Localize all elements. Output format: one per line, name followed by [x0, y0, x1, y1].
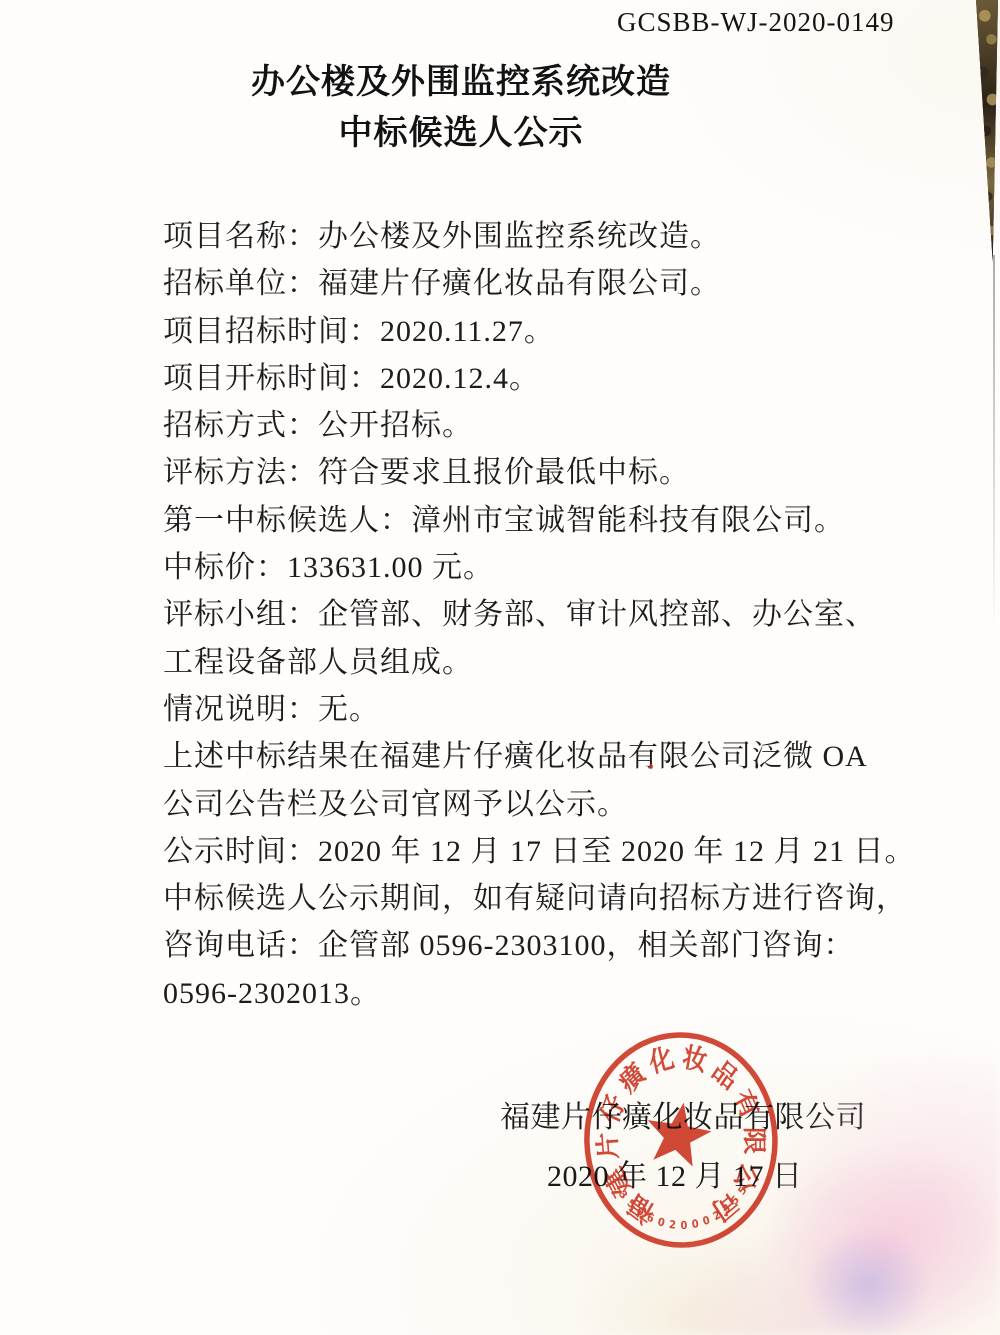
body-line-situation-note: 情况说明：无。: [163, 686, 903, 733]
body-line-publish-channel-1: 上述中标结果在福建片仔癀化妆品有限公司泛微 OA: [163, 733, 903, 780]
svg-text:妆: 妆: [680, 1041, 709, 1078]
scan-edge-line: [993, 255, 995, 630]
title-line-1: 办公楼及外围监控系统改造: [0, 57, 922, 108]
body-line-tender-date: 项目招标时间：2020.11.27。: [163, 308, 903, 355]
svg-text:限: 限: [740, 1127, 767, 1155]
body-line-project-name: 项目名称：办公楼及外围监控系统改造。: [163, 213, 903, 260]
body-line-bid-price: 中标价：133631.00 元。: [163, 544, 903, 591]
body-line-tender-unit: 招标单位：福建片仔癀化妆品有限公司。: [163, 260, 903, 307]
company-seal-stamp: 福建片仔癀化妆品有限公司 3506020002355: [577, 1027, 785, 1258]
svg-text:0: 0: [691, 1217, 700, 1231]
body-line-evaluation-team-2: 工程设备部人员组成。: [163, 639, 903, 686]
body-line-contact-phone-1: 咨询电话：企管部 0596-2303100，相关部门咨询：: [163, 922, 903, 969]
svg-text:0: 0: [680, 1219, 687, 1232]
document-body: 项目名称：办公楼及外围监控系统改造。 招标单位：福建片仔癀化妆品有限公司。 项目…: [163, 213, 903, 1017]
svg-text:0: 0: [656, 1216, 666, 1230]
svg-text:2: 2: [668, 1218, 676, 1232]
svg-text:0: 0: [701, 1214, 711, 1229]
document-title: 办公楼及外围监控系统改造 中标候选人公示: [0, 57, 922, 159]
star-icon: [641, 1097, 715, 1169]
doc-number: GCSBB-WJ-2020-0149: [617, 7, 895, 38]
svg-text:有: 有: [729, 1085, 764, 1123]
svg-text:仔: 仔: [596, 1090, 630, 1127]
svg-text:品: 品: [707, 1055, 743, 1096]
body-line-tender-method: 招标方式：公开招标。: [163, 402, 903, 449]
scanned-document-page: GCSBB-WJ-2020-0149 办公楼及外围监控系统改造 中标候选人公示 …: [0, 0, 1000, 1335]
body-line-opening-date: 项目开标时间：2020.12.4。: [163, 355, 903, 402]
scan-edge-artifact: [976, 0, 998, 262]
body-line-contact-phone-2: 0596-2302013。: [163, 970, 903, 1017]
body-line-first-candidate: 第一中标候选人：漳州市宝诚智能科技有限公司。: [163, 497, 903, 544]
body-line-evaluation-team-1: 评标小组：企管部、财务部、审计风控部、办公室、: [163, 591, 903, 638]
body-line-publicity-period: 公示时间：2020 年 12 月 17 日至 2020 年 12 月 21 日。: [163, 828, 903, 875]
ink-speck: [649, 764, 653, 769]
body-line-publish-channel-2: 公司公告栏及公司官网予以公示。: [163, 781, 903, 828]
svg-text:化: 化: [645, 1042, 677, 1079]
body-line-evaluation-method: 评标方法：符合要求且报价最低中标。: [163, 449, 903, 496]
body-line-inquiry-note: 中标候选人公示期间，如有疑问请向招标方进行咨询，: [163, 875, 903, 922]
title-line-2: 中标候选人公示: [0, 108, 922, 159]
svg-text:片: 片: [594, 1131, 623, 1161]
